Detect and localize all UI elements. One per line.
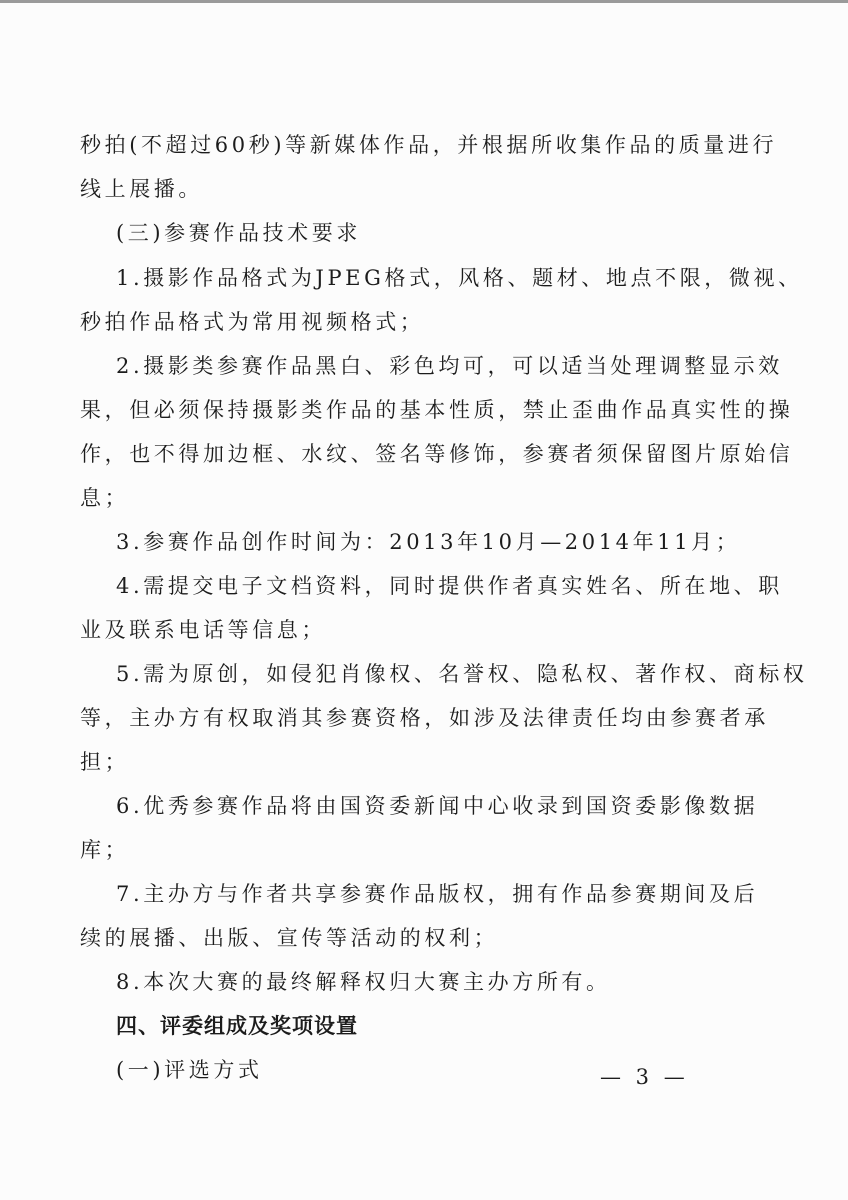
paragraph-line: 线上展播。 [80,174,712,204]
page-number: — 3 — [600,1065,689,1089]
paragraph-line: 担； [80,747,712,777]
paragraph-line: 业及联系电话等信息； [80,615,712,645]
paragraph-line: 秒拍(不超过60秒)等新媒体作品，并根据所收集作品的质量进行 [80,130,712,160]
list-item: 7.主办方与作者共享参赛作品版权，拥有作品参赛期间及后 [80,879,748,909]
paragraph-line: 续的展播、出版、宣传等活动的权利； [80,923,712,953]
list-item: 3.参赛作品创作时间为：2013年10月—2014年11月； [80,527,748,557]
list-item: 6.优秀参赛作品将由国资委新闻中心收录到国资委影像数据 [80,791,748,821]
paragraph-line: 果，但必须保持摄影类作品的基本性质，禁止歪曲作品真实性的操 [80,395,712,425]
scan-edge [0,0,848,3]
list-item: 5.需为原创，如侵犯肖像权、名誉权、隐私权、著作权、商标权 [80,659,748,689]
paragraph-line: 等，主办方有权取消其参赛资格，如涉及法律责任均由参赛者承 [80,703,712,733]
section-heading: 四、评委组成及奖项设置 [80,1011,748,1041]
list-item: 2.摄影类参赛作品黑白、彩色均可，可以适当处理调整显示效 [80,351,748,381]
list-item: 1.摄影作品格式为JPEG格式，风格、题材、地点不限，微视、 [80,263,748,293]
paragraph-line: 库； [80,835,712,865]
list-item: 4.需提交电子文档资料，同时提供作者真实姓名、所在地、职 [80,571,748,601]
list-item: 8.本次大赛的最终解释权归大赛主办方所有。 [80,967,748,997]
paragraph-line: 秒拍作品格式为常用视频格式； [80,307,712,337]
paragraph-line: 息； [80,483,712,513]
paragraph-line: 作，也不得加边框、水纹、签名等修饰，参赛者须保留图片原始信 [80,439,712,469]
subsection-heading: (三)参赛作品技术要求 [80,218,748,248]
